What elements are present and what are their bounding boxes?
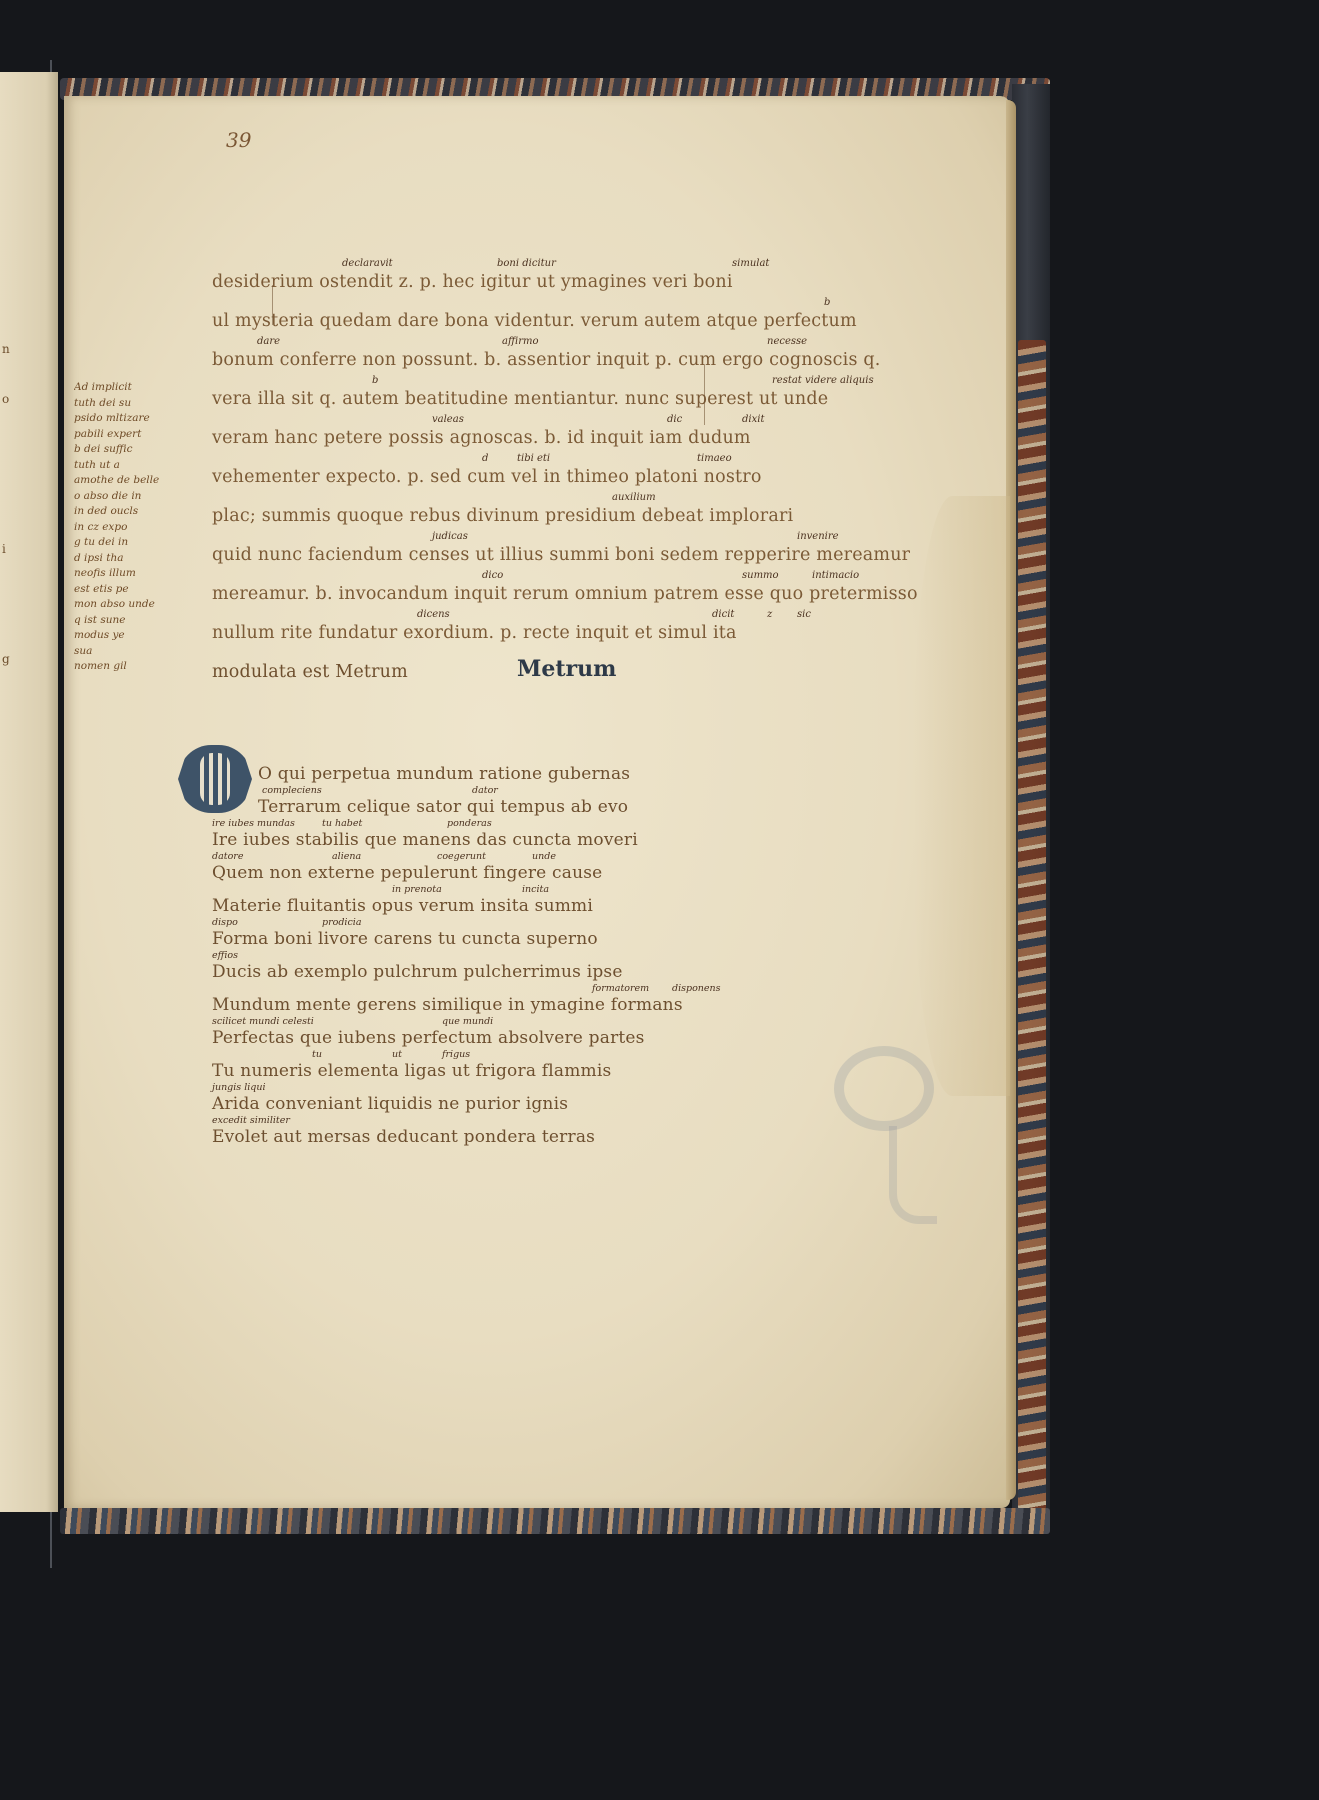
margin-note-line: q ist sune [74,613,224,629]
line-text: bonum conferre non possunt. b. assentior… [212,350,881,370]
interlinear-gloss: dico summo intimacio [212,570,872,584]
offset-initial-ghost-tail [889,1126,937,1224]
interlinear-gloss: b [212,297,872,311]
margin-note-line: g tu dei in [74,535,224,551]
gloss-word: valeas [432,414,464,425]
gloss-word: auxilium [612,492,656,503]
line-text: Perfectas que iubens perfectum absolvere… [212,1028,645,1048]
water-stain [914,496,1010,1096]
gloss-word: sic [797,609,811,620]
text-line: dare affirmo necesse bonum conferre non … [212,336,872,375]
text-line: declaravit boni dicitur simulat desideri… [212,258,872,297]
gloss-word: d [482,453,488,464]
gloss-word: coegerunt [437,851,486,862]
line-text: Ducis ab exemplo pulchrum pulcherrimus i… [212,962,623,982]
gloss-word: que mundi [442,1016,493,1027]
text-line: dicens dicit z sic nullum rite fundatur … [212,609,872,648]
line-text: quid nunc faciendum censes ut illius sum… [212,545,910,565]
margin-note-line: Ad implicit [74,380,224,396]
line-text: Forma boni livore carens tu cuncta super… [212,929,598,949]
gloss-word: incita [522,884,549,895]
gloss-word: judicas [432,531,468,542]
gloss-word: prodicia [322,917,361,928]
gloss-word: dicit [712,609,734,620]
gloss-word: dico [482,570,503,581]
verse-line: tu ut frigus Tu numeris elementa ligas u… [212,1049,792,1082]
gloss-word: frigus [442,1049,470,1060]
verse-line: formatorem disponens Mundum mente gerens… [212,983,792,1016]
interlinear-gloss: d tibi eti timaeo [212,453,872,467]
gloss-word: restat videre aliquis [772,375,874,386]
gloss-word: intimacio [812,570,859,581]
left-page-fragment: o [2,392,9,406]
verse-text-block: O qui perpetua mundum ratione gubernas c… [212,752,792,1148]
gloss-word: ut [392,1049,402,1060]
interlinear-gloss: auxilium [212,492,872,506]
gloss-word: excedit similiter [212,1115,290,1126]
line-text: Evolet aut mersas deducant pondera terra… [212,1127,595,1147]
margin-note-line: d ipsi tha [74,551,224,567]
verse-line: in prenota incita Materie fluitantis opu… [212,884,792,917]
margin-note-line: tuth ut a [74,458,224,474]
text-line: b ul mysteria quedam dare bona videntur.… [212,297,872,336]
gloss-word: dispo [212,917,238,928]
gloss-word: formatorem [592,983,649,994]
verse-line: scilicet mundi celesti que mundi Perfect… [212,1016,792,1049]
prose-text-block: declaravit boni dicitur simulat desideri… [212,258,872,687]
verse-line: dispo prodicia Forma boni livore carens … [212,917,792,950]
verse-line: excedit similiter Evolet aut mersas dedu… [212,1115,792,1148]
line-text: Mundum mente gerens similique in ymagine… [212,995,683,1015]
text-line: valeas dic dixit veram hanc petere possi… [212,414,872,453]
gloss-word: effios [212,950,238,961]
gloss-word: tu [312,1049,322,1060]
gloss-word: ponderas [447,818,492,829]
margin-note-line: nomen gil [74,659,224,675]
line-text: Terrarum celique sator qui tempus ab evo [258,797,628,817]
gloss-word: necesse [767,336,807,347]
gloss-word: declaravit [342,258,393,269]
margin-note-line: b dei suffic [74,442,224,458]
ruling-mark [704,365,705,425]
gloss-word: datore [212,851,243,862]
margin-note-line: in ded oucls [74,504,224,520]
text-line: judicas invenire quid nunc faciendum cen… [212,531,872,570]
gloss-word: in prenota [392,884,442,895]
margin-note-line: modus ye [74,628,224,644]
gloss-word: aliena [332,851,361,862]
binding-bottom-edge [60,1508,1050,1534]
line-text: Materie fluitantis opus verum insita sum… [212,896,593,916]
metrum-heading: Metrum [517,656,616,682]
margin-note-line: pabili expert [74,427,224,443]
gloss-word: disponens [672,983,721,994]
text-line: auxilium plac; summis quoque rebus divin… [212,492,872,531]
manuscript-viewer: n o i g 39 declaravit boni dicitur simul… [0,0,1149,1568]
gloss-word: boni dicitur [497,258,556,269]
line-text: veram hanc petere possis agnoscas. b. id… [212,428,751,448]
gloss-word: simulat [732,258,769,269]
gloss-word: scilicet mundi celesti [212,1016,314,1027]
line-text: modulata est Metrum [212,662,408,682]
interlinear-gloss: b restat videre aliquis [212,375,872,389]
gloss-word: invenire [797,531,839,542]
gloss-word: b [372,375,378,386]
verse-line: jungis liqui Arida conveniant liquidis n… [212,1082,792,1115]
line-text: Tu numeris elementa ligas ut frigora fla… [212,1061,611,1081]
ruling-mark [272,285,273,325]
gloss-word: ire iubes mundas [212,818,295,829]
line-text: O qui perpetua mundum ratione gubernas [258,764,630,784]
gloss-word: tibi eti [517,453,550,464]
verse-line: effios Ducis ab exemplo pulchrum pulcher… [212,950,792,983]
text-line: b restat videre aliquis vera illa sit q.… [212,375,872,414]
margin-note-line: amothe de belle [74,473,224,489]
line-text: Quem non externe pepulerunt fingere caus… [212,863,602,883]
gloss-word: jungis liqui [212,1082,266,1093]
interlinear-gloss: dare affirmo necesse [212,336,872,350]
text-line: dico summo intimacio mereamur. b. invoca… [212,570,872,609]
margin-note-line: o abso die in [74,489,224,505]
offset-initial-ghost [834,1046,934,1131]
gloss-word: summo [742,570,779,581]
gloss-word: dare [257,336,280,347]
interlinear-gloss: judicas invenire [212,531,872,545]
gloss-word: compleciens [262,785,322,796]
margin-note-line: tuth dei su [74,396,224,412]
line-text: nullum rite fundatur exordium. p. recte … [212,623,737,643]
interlinear-gloss: dicens dicit z sic [212,609,872,623]
gloss-word: z [767,609,772,620]
line-text: vehementer expecto. p. sed cum vel in th… [212,467,762,487]
folio-number: 39 [226,128,251,152]
line-text: mereamur. b. invocandum inquit rerum omn… [212,584,918,604]
line-text: desiderium ostendit z. p. hec igitur ut … [212,272,733,292]
gloss-word: dicens [417,609,450,620]
interlinear-gloss: declaravit boni dicitur simulat [212,258,872,272]
gloss-word: b [824,297,830,308]
gloss-word: dixit [742,414,764,425]
gloss-word: tu habet [322,818,362,829]
left-page-fragment: i [2,542,6,556]
verse-line: ire iubes mundas tu habet ponderas Ire i… [212,818,792,851]
line-text: Arida conveniant liquidis ne purior igni… [212,1094,568,1114]
left-page-fragment: g [2,652,10,666]
gloss-word: affirmo [502,336,539,347]
margin-note-line: psido mltizare [74,411,224,427]
text-line: d tibi eti timaeo vehementer expecto. p.… [212,453,872,492]
margin-note-line: neofis illum [74,566,224,582]
gloss-word: dator [472,785,498,796]
verse-line: datore aliena coegerunt unde Quem non ex… [212,851,792,884]
line-text: plac; summis quoque rebus divinum presid… [212,506,793,526]
line-text: ul mysteria quedam dare bona videntur. v… [212,311,857,331]
margin-note-line: mon abso unde [74,597,224,613]
line-text: Ire iubes stabilis que manens das cuncta… [212,830,638,850]
margin-note-line: sua [74,644,224,660]
left-page-fragment: n [2,342,10,356]
verse-line: O qui perpetua mundum ratione gubernas [212,752,792,785]
verse-line: compleciens dator Terrarum celique sator… [212,785,792,818]
left-facing-page: n o i g [0,72,58,1512]
interlinear-gloss: valeas dic dixit [212,414,872,428]
gloss-word: dic [667,414,682,425]
marbled-endpaper [1018,340,1046,1510]
line-text: vera illa sit q. autem beatitudine menti… [212,389,828,409]
margin-note-line: est etis pe [74,582,224,598]
gloss-word: timaeo [697,453,732,464]
margin-note-line: in cz expo [74,520,224,536]
marginal-annotations: Ad implicit tuth dei su psido mltizare p… [74,380,224,675]
text-line: modulata est Metrum Metrum [212,648,872,687]
gloss-word: unde [532,851,556,862]
